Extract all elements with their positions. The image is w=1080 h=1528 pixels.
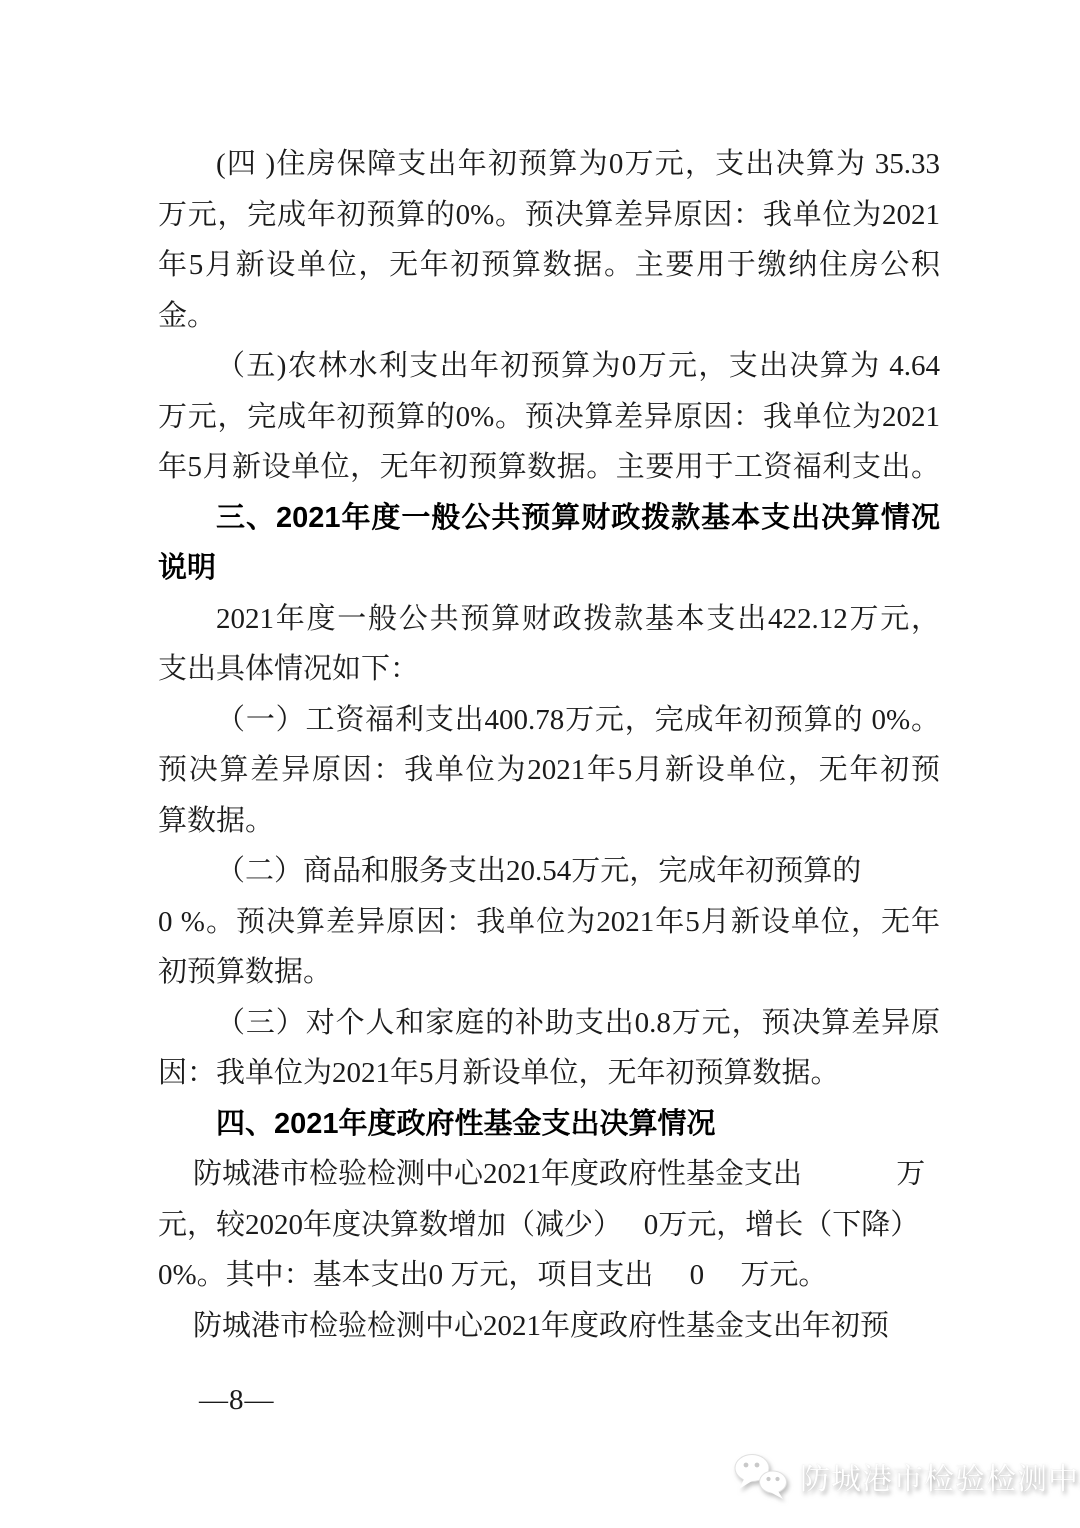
text-line: （一）工资福利支出400.78万元，完成年初预算的 0%。	[158, 695, 940, 746]
text-line: 算数据。	[158, 796, 940, 847]
wechat-watermark: 防城港市检验检测中心	[731, 1452, 1080, 1500]
heading-line: 三、2021年度一般公共预算财政拨款基本支出决算情况	[158, 493, 940, 544]
text-line: 支出具体情况如下：	[158, 644, 940, 695]
text-line: 防城港市检验检测中心2021年度政府性基金支出 万	[158, 1149, 940, 1200]
text-line: 0%。其中：基本支出0 万元，项目支出 0 万元。	[158, 1250, 940, 1301]
text-line: 0 %。预决算差异原因：我单位为2021年5月新设单位，无年	[158, 897, 940, 948]
text-line: 万元，完成年初预算的0%。预决算差异原因：我单位为2021	[158, 190, 940, 241]
text-line: 因：我单位为2021年5月新设单位，无年初预算数据。	[158, 1048, 940, 1099]
wechat-icon	[731, 1452, 791, 1500]
heading-line: 四、2021年度政府性基金支出决算情况	[158, 1099, 940, 1150]
text-line: 金。	[158, 291, 940, 342]
watermark-text: 防城港市检验检测中心	[800, 1454, 1080, 1498]
text-line: （五)农林水利支出年初预算为0万元，支出决算为 4.64	[158, 341, 940, 392]
heading-line: 说明	[158, 543, 940, 594]
page-number: —8—	[199, 1384, 275, 1417]
document-page: (四 )住房保障支出年初预算为0万元，支出决算为 35.33万元，完成年初预算的…	[0, 0, 1080, 1528]
text-line: 2021年度一般公共预算财政拨款基本支出422.12万元，	[158, 594, 940, 645]
text-line: （三）对个人和家庭的补助支出0.8万元，预决算差异原	[158, 998, 940, 1049]
text-line: 年5月新设单位，无年初预算数据。主要用于缴纳住房公积	[158, 240, 940, 291]
text-line: (四 )住房保障支出年初预算为0万元，支出决算为 35.33	[158, 139, 940, 190]
document-body: (四 )住房保障支出年初预算为0万元，支出决算为 35.33万元，完成年初预算的…	[158, 139, 940, 1351]
text-line: 初预算数据。	[158, 947, 940, 998]
text-line: 防城港市检验检测中心2021年度政府性基金支出年初预	[158, 1301, 940, 1352]
text-line: 年5月新设单位，无年初预算数据。主要用于工资福利支出。	[158, 442, 940, 493]
text-line: 元，较2020年度决算数增加（减少） 0万元，增长（下降）	[158, 1200, 940, 1251]
text-line: 预决算差异原因：我单位为2021年5月新设单位，无年初预	[158, 745, 940, 796]
text-line: （二）商品和服务支出20.54万元，完成年初预算的	[158, 846, 940, 897]
text-line: 万元，完成年初预算的0%。预决算差异原因：我单位为2021	[158, 392, 940, 443]
